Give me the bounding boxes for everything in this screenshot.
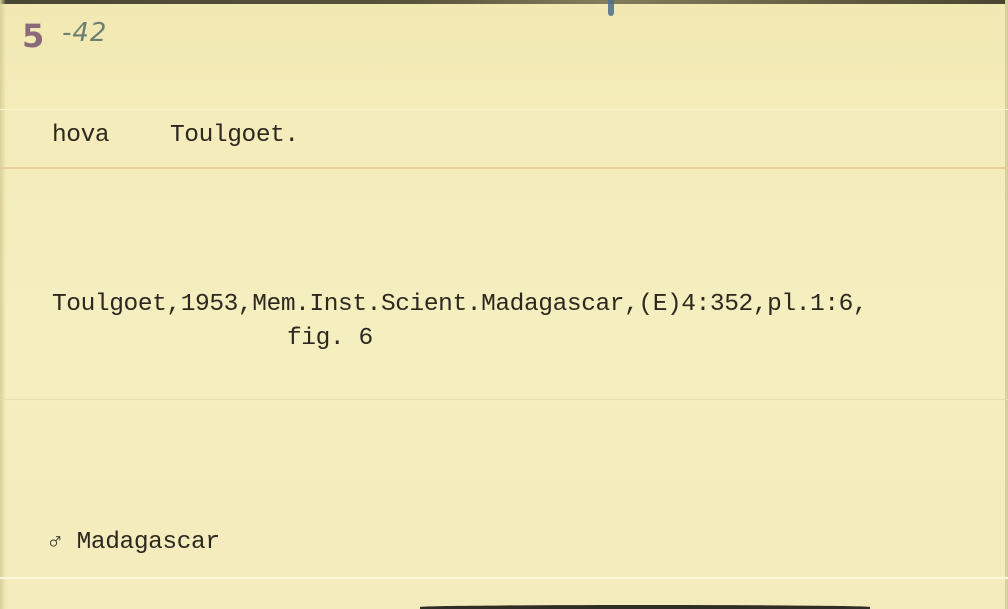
ruled-line bbox=[0, 577, 1008, 579]
card-bottom-shadow bbox=[420, 605, 870, 609]
taxon-author: Toulgoet. bbox=[170, 124, 299, 149]
card-top-edge bbox=[0, 0, 1008, 4]
citation-line-1: Toulgoet,1953,Mem.Inst.Scient.Madagascar… bbox=[52, 293, 867, 318]
card-left-edge bbox=[0, 0, 6, 609]
locality: ♂ Madagascar bbox=[48, 531, 220, 556]
catalog-suffix: -42 bbox=[62, 20, 107, 46]
ruled-line bbox=[0, 109, 1008, 110]
citation-line-2: fig. 6 bbox=[287, 327, 373, 352]
catalog-number: 5 bbox=[22, 20, 45, 52]
ink-mark bbox=[608, 0, 614, 16]
index-card: 5 -42 hova Toulgoet. Toulgoet,1953,Mem.I… bbox=[0, 0, 1008, 609]
ruled-line bbox=[0, 167, 1008, 169]
ruled-line bbox=[0, 399, 1008, 400]
taxon-name: hova bbox=[52, 124, 109, 149]
